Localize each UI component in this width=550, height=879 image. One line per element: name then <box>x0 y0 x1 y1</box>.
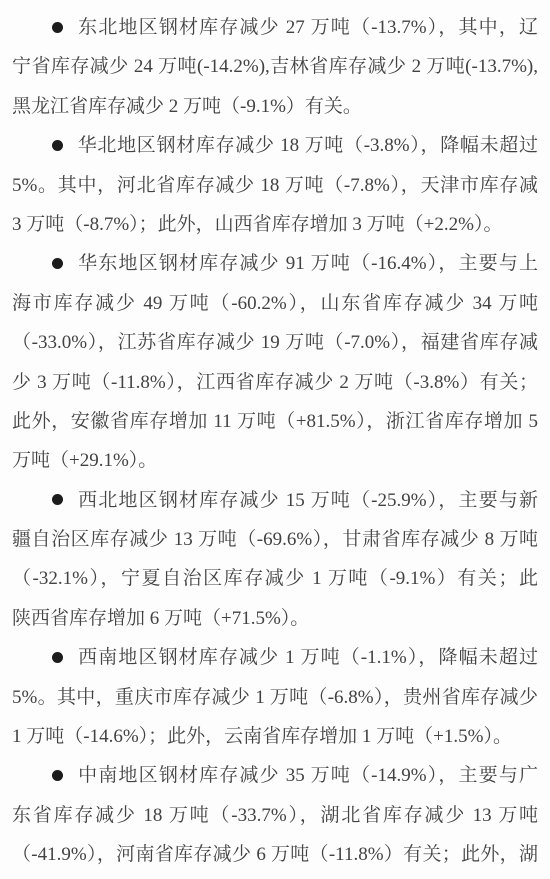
line-text: 华东地区钢材库存减少 91 万吨（-16.4%），主要与上 <box>77 253 538 274</box>
text-line: 宁省库存减少 24 万吨(-14.2%),吉林省库存减少 2 万吨(-13.7%… <box>12 47 538 86</box>
document-page: 东北地区钢材库存减少 27 万吨（-13.7%），其中，辽 宁省库存减少 24 … <box>0 0 550 879</box>
bullet-icon <box>52 140 63 151</box>
text-line: 此外，安徽省库存增加 11 万吨（+81.5%），浙江省库存增加 5 <box>12 402 538 441</box>
text-line: 华北地区钢材库存减少 18 万吨（-3.8%），降幅未超过 <box>12 126 538 165</box>
paragraph-north: 华北地区钢材库存减少 18 万吨（-3.8%），降幅未超过 5%。其中，河北省库… <box>12 126 538 244</box>
text-line: 黑龙江省库存减少 2 万吨（-9.1%）有关。 <box>12 87 538 126</box>
bullet-icon <box>52 258 63 269</box>
bullet-icon <box>52 652 63 663</box>
text-line: 东北地区钢材库存减少 27 万吨（-13.7%），其中，辽 <box>12 8 538 47</box>
paragraph-southwest: 西南地区钢材库存减少 1 万吨（-1.1%），降幅未超过 5%。其中，重庆市库存… <box>12 638 538 756</box>
line-text: 华北地区钢材库存减少 18 万吨（-3.8%），降幅未超过 <box>77 135 538 156</box>
text-line: 中南地区钢材库存减少 35 万吨（-14.9%），主要与广 <box>12 756 538 795</box>
bullet-icon <box>52 494 63 505</box>
text-line: 华东地区钢材库存减少 91 万吨（-16.4%），主要与上 <box>12 244 538 283</box>
paragraph-central-south: 中南地区钢材库存减少 35 万吨（-14.9%），主要与广 东省库存减少 18 … <box>12 756 538 874</box>
text-line: 5%。其中，重庆市库存减少 1 万吨（-6.8%），贵州省库存减少 <box>12 678 538 717</box>
text-line: 东省库存减少 18 万吨（-33.7%），湖北省库存减少 13 万吨 <box>12 796 538 835</box>
paragraph-northwest: 西北地区钢材库存减少 15 万吨（-25.9%），主要与新 疆自治区库存减少 1… <box>12 481 538 639</box>
paragraph-northeast: 东北地区钢材库存减少 27 万吨（-13.7%），其中，辽 宁省库存减少 24 … <box>12 8 538 126</box>
line-text: 东北地区钢材库存减少 27 万吨（-13.7%），其中，辽 <box>77 17 538 38</box>
line-text: 中南地区钢材库存减少 35 万吨（-14.9%），主要与广 <box>77 765 538 786</box>
text-line: 1 万吨（-14.6%）；此外，云南省库存增加 1 万吨（+1.5%）。 <box>12 717 538 756</box>
line-text: 西北地区钢材库存减少 15 万吨（-25.9%），主要与新 <box>77 490 538 511</box>
text-line: 万吨（+29.1%）。 <box>12 441 538 480</box>
text-line: （-41.9%），河南省库存减少 6 万吨（-11.8%）有关；此外，湖 <box>12 835 538 874</box>
text-line: 西北地区钢材库存减少 15 万吨（-25.9%），主要与新 <box>12 481 538 520</box>
text-line: 陕西省库存增加 6 万吨（+71.5%）。 <box>12 599 538 638</box>
text-line: 少 3 万吨（-11.8%），江西省库存减少 2 万吨（-3.8%）有关； <box>12 363 538 402</box>
text-line: （-33.0%），江苏省库存减少 19 万吨（-7.0%），福建省库存减 <box>12 323 538 362</box>
text-line: （-32.1%），宁夏自治区库存减少 1 万吨（-9.1%）有关；此外， <box>12 559 538 598</box>
bullet-icon <box>52 22 63 33</box>
line-text: 西南地区钢材库存减少 1 万吨（-1.1%），降幅未超过 <box>77 647 538 668</box>
text-line: 5%。其中，河北省库存减少 18 万吨（-7.8%），天津市库存减少 <box>12 166 538 205</box>
text-line: 西南地区钢材库存减少 1 万吨（-1.1%），降幅未超过 <box>12 638 538 677</box>
text-line: 疆自治区库存减少 13 万吨（-69.6%），甘肃省库存减少 8 万吨 <box>12 520 538 559</box>
bullet-icon <box>52 770 63 781</box>
text-line: 3 万吨（-8.7%）；此外，山西省库存增加 3 万吨（+2.2%）。 <box>12 205 538 244</box>
paragraph-east: 华东地区钢材库存减少 91 万吨（-16.4%），主要与上 海市库存减少 49 … <box>12 244 538 480</box>
text-line: 海市库存减少 49 万吨（-60.2%），山东省库存减少 34 万吨 <box>12 284 538 323</box>
